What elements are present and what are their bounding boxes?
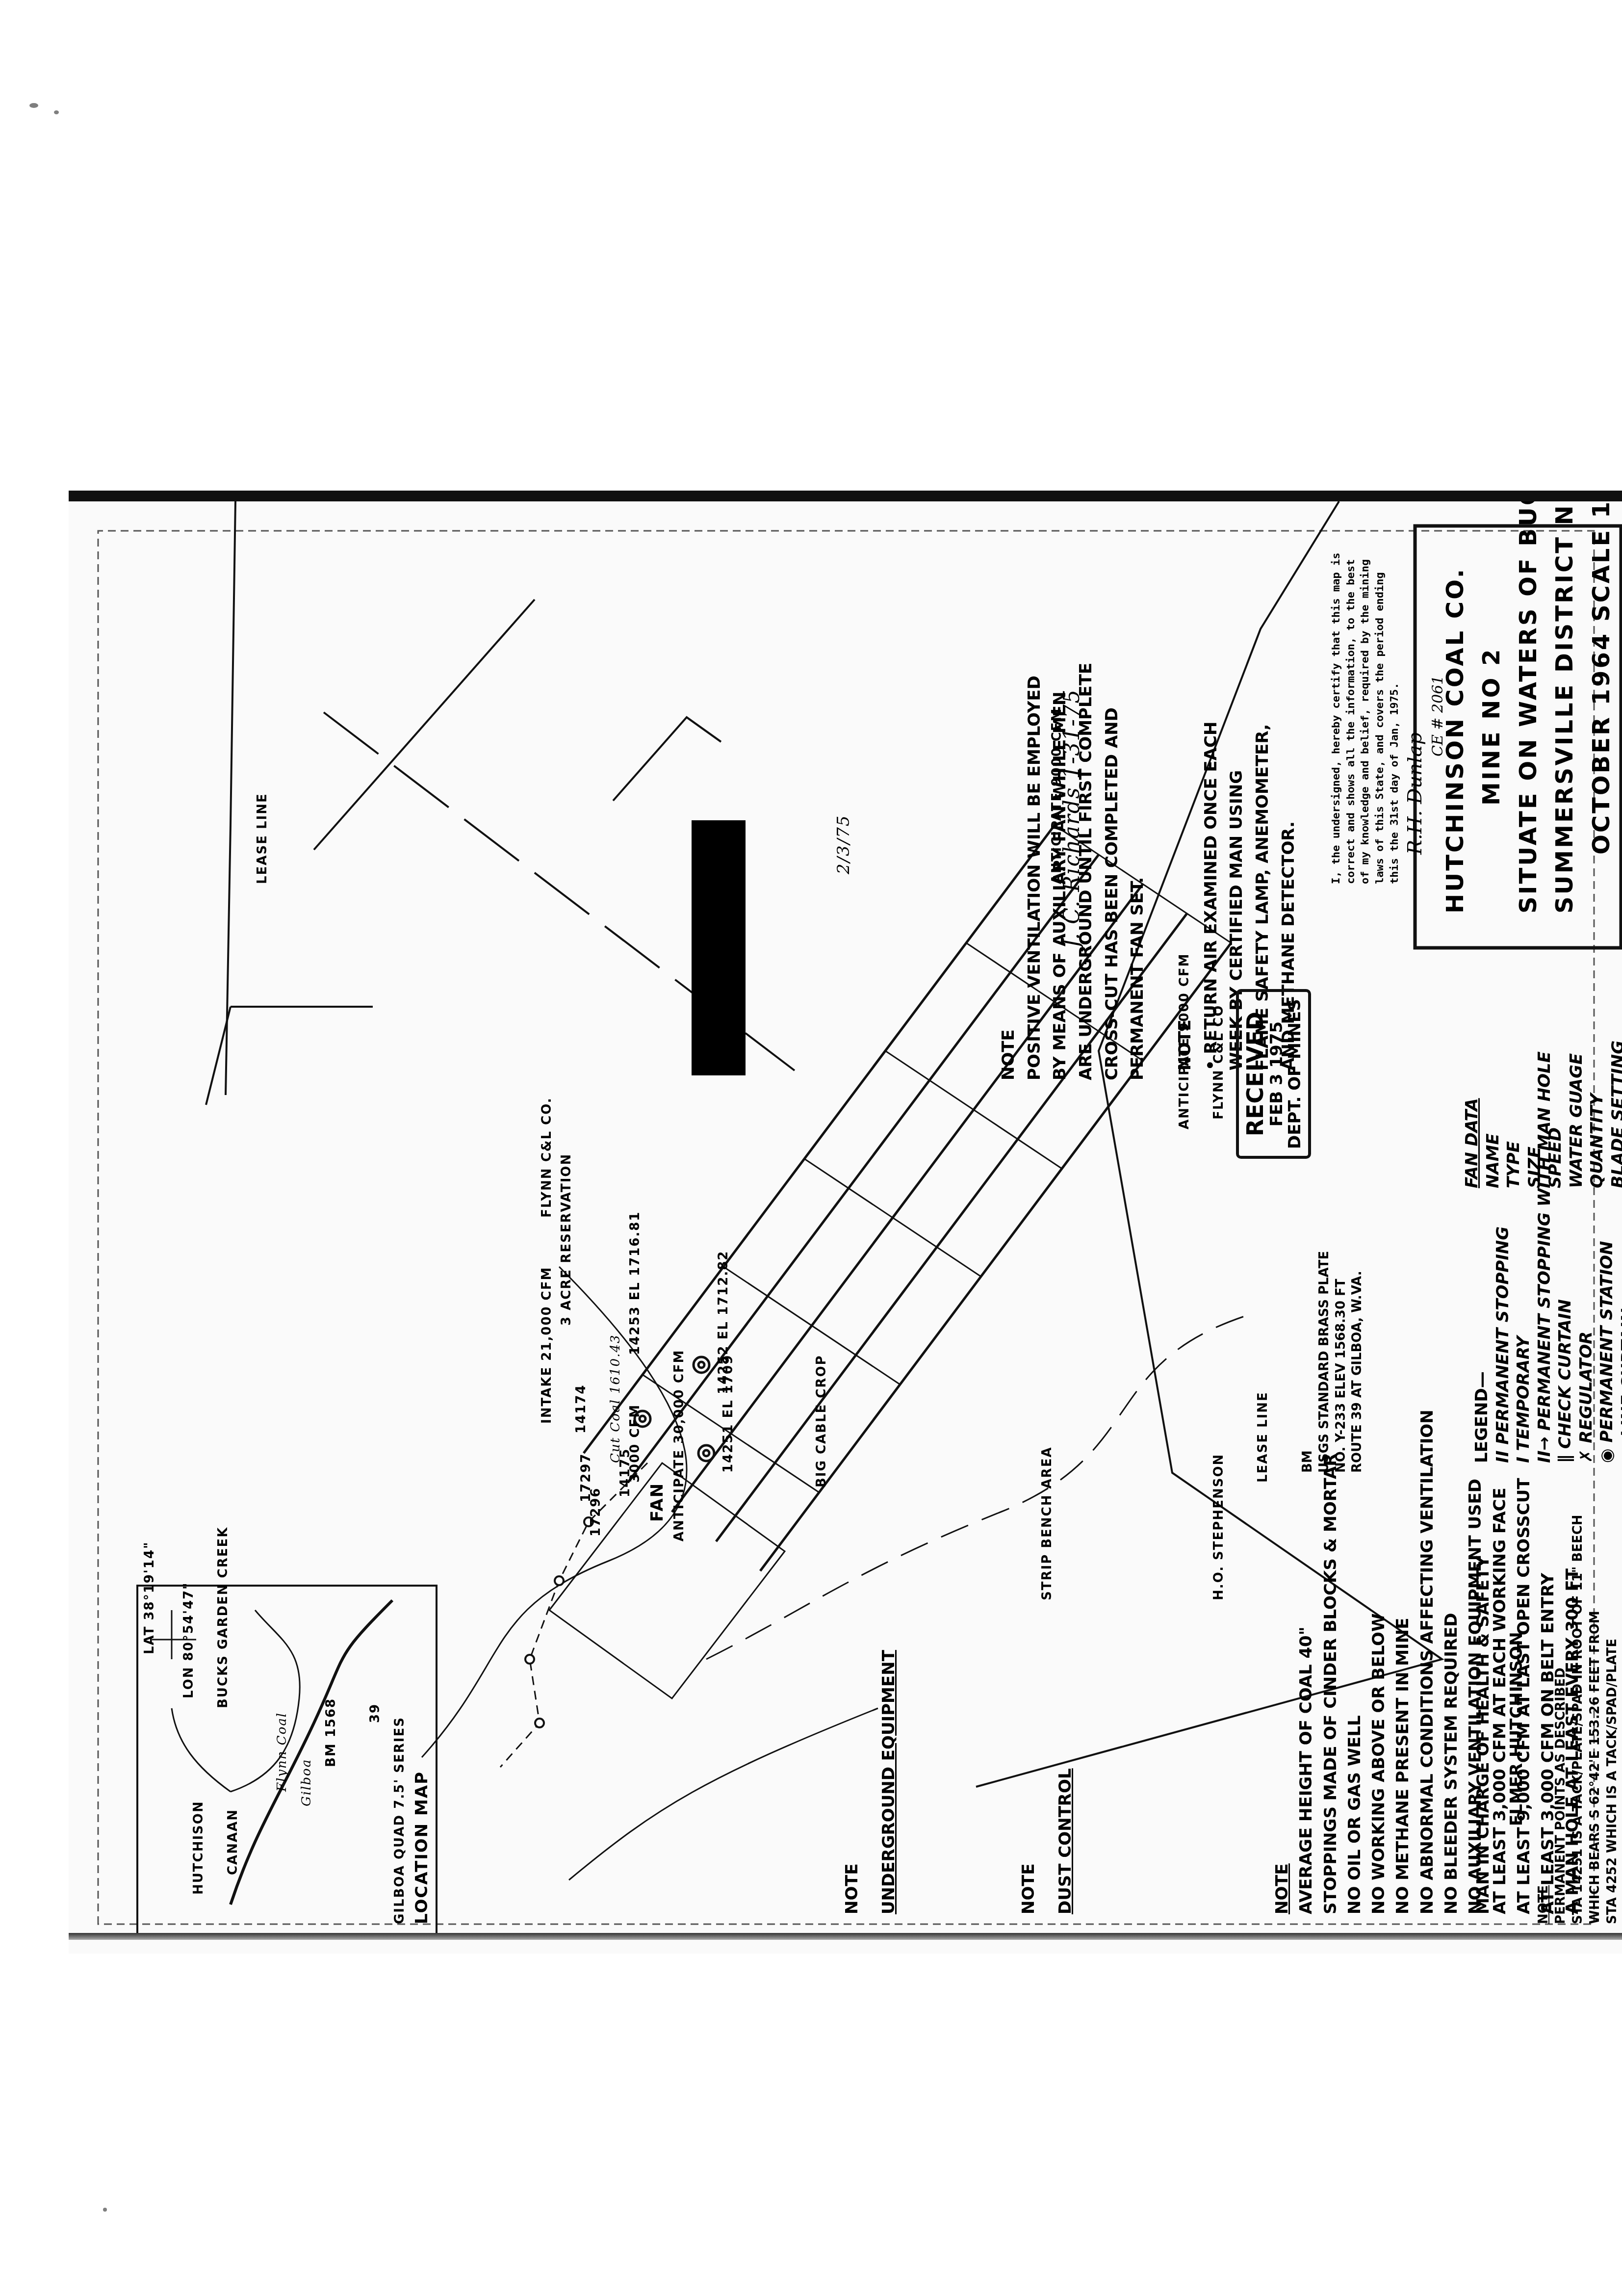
received-stamp: RECEIVED FEB 3 1975 DEPT. OF MINES — [1236, 989, 1311, 1159]
location-label: BUCKS GARDEN CREEK — [216, 1527, 231, 1708]
intake-label: INTAKE 21,000 CFM — [540, 1267, 554, 1424]
redaction-bar — [692, 820, 746, 1075]
legend-item: I TEMPORARY — [1513, 1051, 1534, 1463]
note-line: NO METHANE PRESENT IN MINE — [1391, 1409, 1415, 1914]
note-line: WHICH BEARS S 62°42'E 153.26 FEET FROM — [1587, 1514, 1604, 1924]
legend-item: - - LINE CURTAIN — [1618, 1051, 1622, 1463]
note-heading: NOTE — [1010, 1768, 1047, 1914]
map-sheet: HUTCHINSON COAL CO. MINE NO 2 SITUATE ON… — [69, 491, 1622, 1954]
scan-noise — [54, 110, 59, 114]
registration-number: CE # 2061 — [1428, 552, 1448, 884]
legend-item: ∥ CHECK CURTAIN — [1555, 1051, 1576, 1463]
legend-heading: LEGEND— — [1471, 1051, 1493, 1463]
legend-item: II PERMANENT STOPPING — [1493, 1051, 1514, 1463]
legend: LEGEND— II PERMANENT STOPPING I TEMPORAR… — [1471, 1051, 1622, 1463]
location-line: SITUATE ON WATERS OF BUCKSGARDEN CREEK — [1510, 491, 1546, 913]
note-line: PERMANENT FAN SET. — [1125, 663, 1151, 1080]
man-in-charge-name: ELMER HUTCHINSON — [1500, 1556, 1533, 1914]
note-title: UNDERGROUND EQUIPMENT — [871, 1650, 907, 1914]
permanent-station-icon: ◉ — [1597, 1448, 1617, 1463]
location-map-title: LOCATION MAP — [412, 1771, 432, 1924]
cut-coal-label: Cut Coal 1610.43 — [608, 1334, 623, 1463]
location-map-subtitle: GILBOA QUAD 7.5' SERIES — [392, 1717, 407, 1924]
big-cable-crop-label: BIG CABLE CROP — [814, 1355, 829, 1487]
anticipate-label: ANTICIPATE 30,000 CFM — [672, 1350, 687, 1541]
station-label: 14174 — [574, 1384, 589, 1434]
permanent-points-note: NOTE PERMANENT POINTS AS DESCRIBED STA 1… — [1535, 1514, 1622, 1924]
note-line: STA 4252 WHICH IS A TACK/SPAD/PLATE — [1604, 1514, 1621, 1924]
note-heading: NOTE — [1535, 1514, 1552, 1924]
rotated-map-frame: HUTCHINSON COAL CO. MINE NO 2 SITUATE ON… — [69, 501, 1622, 1954]
scan-noise — [103, 2208, 107, 2212]
certification-line: I, the undersigned, hereby certify that … — [1329, 552, 1344, 884]
mine-name: MINE NO 2 — [1473, 491, 1510, 913]
sheet-edge — [69, 1933, 1622, 1940]
handwritten-note: J. C. Richards 1-31-75 — [1059, 689, 1084, 948]
flynn-label: FLYNN C&L CO. — [540, 1097, 554, 1218]
location-label: CANAAN — [226, 1809, 240, 1875]
note-line: CROSS-CUT HAS BEEN COMPLETED AND — [1099, 663, 1125, 1080]
note-line: POSITIVE VENTILATION WILL BE EMPLOYED — [1022, 663, 1048, 1080]
note-line: NO OIL OR GAS WELL — [1343, 1409, 1367, 1914]
man-in-charge: MAN IN CHARGE OF HEALTH & SAFETY ELMER H… — [1467, 1556, 1533, 1914]
man-in-charge-label: MAN IN CHARGE OF HEALTH & SAFETY — [1467, 1556, 1500, 1914]
certification-line: laws of this State, and covers the perio… — [1373, 552, 1388, 884]
station-label: 14253 EL 1716.81 — [628, 1211, 643, 1355]
route-marker-icon: 39 — [368, 1703, 383, 1723]
note-title: DUST CONTROL — [1047, 1768, 1084, 1914]
handwritten-note: 2/3/75 — [834, 815, 853, 874]
note-line: NO BLEEDER SYSTEM REQUIRED — [1440, 1409, 1464, 1914]
stephenson-label: H.O. STEPHENSON — [1211, 1454, 1226, 1600]
date-scale-line: OCTOBER 1964 SCALE 1"= 100 — [1583, 491, 1620, 913]
note-heading: NOTE — [996, 663, 1022, 1080]
location-label: Flynn Coal — [275, 1712, 289, 1792]
legend-item: II→ PERMANENT STOPPING WITH MAN HOLE — [1534, 1051, 1555, 1463]
note-heading: NOTE — [834, 1650, 871, 1914]
note-heading: NOTE — [1270, 1409, 1294, 1914]
signature: R.H. Dunlap — [1402, 552, 1428, 884]
location-label: Gilboa — [299, 1759, 314, 1806]
anticipate-label: ANTICIPATE 9000 CFM — [1177, 953, 1192, 1130]
location-label: BM 1568 — [324, 1698, 338, 1767]
note-line: NO WORKING ABOVE OR BELOW — [1367, 1409, 1391, 1914]
scan-noise — [29, 103, 38, 108]
station-label: 14175 — [618, 1448, 633, 1497]
dust-control-note: NOTE DUST CONTROL — [1010, 1768, 1084, 1914]
legend-item: ✗ REGULATOR — [1576, 1051, 1597, 1463]
title-block: HUTCHINSON COAL CO. MINE NO 2 SITUATE ON… — [1437, 491, 1622, 913]
strip-bench-label: STRIP BENCH AREA — [1040, 1446, 1055, 1600]
certification-line: of my knowledge and belief, required by … — [1358, 552, 1373, 884]
latitude-label: LAT 38°19'14" — [142, 1541, 157, 1654]
location-label: HUTCHISON — [191, 1800, 206, 1895]
legend-item: ◉ PERMANENT STATION — [1596, 1051, 1618, 1463]
longitude-label: LON 80°54'47" — [181, 1582, 196, 1698]
station-label: 14251 EL 1709 — [721, 1355, 736, 1473]
certification-line: this the 31st day of Jan, 1975. — [1388, 552, 1402, 884]
station-label: 17296 — [589, 1487, 603, 1537]
note-line: STA 14251 IS A TACK/PLATE/SPAD IN ROOT O… — [1570, 1514, 1587, 1924]
certification-block: I, the undersigned, hereby certify that … — [1329, 552, 1448, 884]
note-line: NO ABNORMAL CONDITIONS AFFECTING VENTILA… — [1416, 1409, 1440, 1914]
lease-line-label: LEASE LINE — [255, 793, 270, 884]
line-curtain-icon: - - — [1618, 1443, 1622, 1463]
acre-reservation-label: 3 ACRE RESERVATION — [559, 1153, 574, 1326]
note-line: PERMANENT POINTS AS DESCRIBED — [1552, 1514, 1570, 1924]
lease-line-label: LEASE LINE — [1256, 1391, 1270, 1483]
engineer-name: ~ R H DUNLAP ~ — [1620, 491, 1622, 913]
note-line: STOPPINGS MADE OF CINDER BLOCKS & MORTAR — [1319, 1409, 1343, 1914]
underground-equipment-note: NOTE UNDERGROUND EQUIPMENT — [834, 1650, 907, 1914]
fan-label: FAN — [647, 1483, 667, 1522]
district-line: SUMMERSVILLE DISTRICT NICHOLAS COUNTY WV… — [1546, 491, 1583, 913]
flynn-label: FLYNN C&L CO — [1211, 1005, 1226, 1120]
note-line: AVERAGE HEIGHT OF COAL 40" — [1294, 1409, 1318, 1914]
certification-line: correct and shows all the information, t… — [1344, 552, 1359, 884]
